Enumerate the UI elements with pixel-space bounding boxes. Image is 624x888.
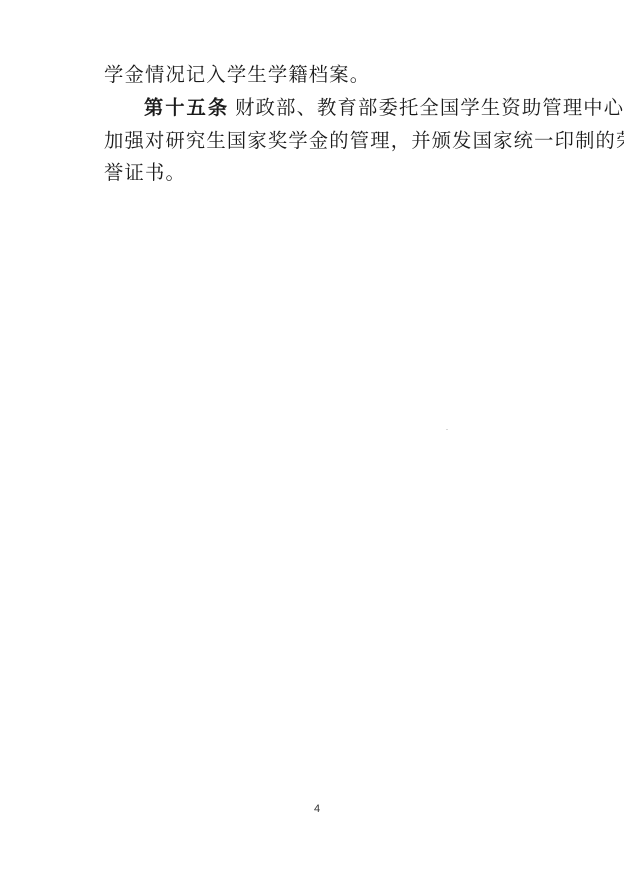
- article-15-first-line: 第十五条财政部、教育部委托全国学生资助管理中心: [104, 96, 624, 120]
- scan-speck: [446, 429, 448, 430]
- article-15-line-3: 誉证书。: [104, 161, 186, 185]
- article-number: 第十五条: [144, 96, 229, 119]
- page-number: 4: [314, 803, 320, 815]
- article-text-line-1: 财政部、教育部委托全国学生资助管理中心: [235, 96, 624, 119]
- article-15-line-2: 加强对研究生国家奖学金的管理，并颁发国家统一印制的荣: [104, 129, 624, 153]
- paragraph-continuation: 学金情况记入学生学籍档案。: [104, 63, 370, 87]
- document-page: 学金情况记入学生学籍档案。 第十五条财政部、教育部委托全国学生资助管理中心 加强…: [0, 0, 624, 888]
